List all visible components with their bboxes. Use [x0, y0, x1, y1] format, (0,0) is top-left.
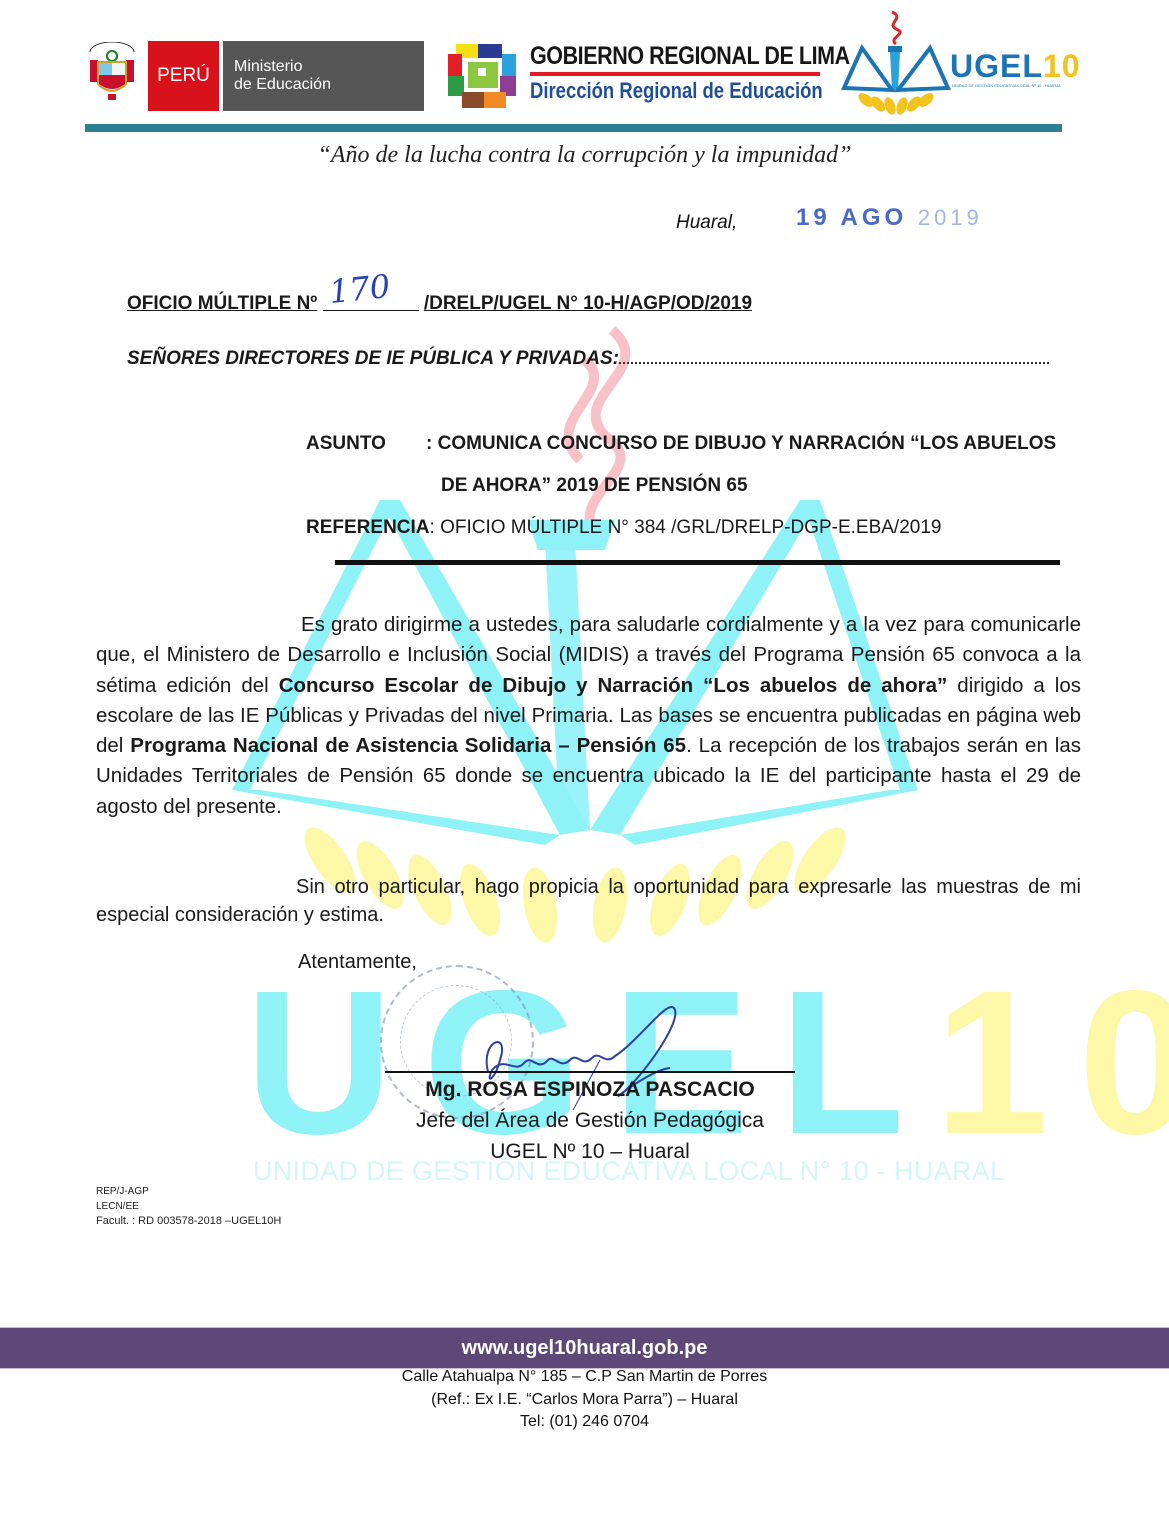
signer-name: Mg. ROSA ESPINOZA PASCACIO	[385, 1078, 795, 1102]
signer-role: Jefe del Área de Gestión Pedagógica	[360, 1109, 820, 1133]
peru-brand-box: PERÚ	[148, 41, 219, 111]
oficio-suffix: /DRELP/UGEL N° 10-H/AGP/OD/2019	[424, 293, 752, 314]
body-paragraph-2: Sin otro particular, hago propicia la op…	[96, 873, 1081, 929]
peru-coat-of-arms-icon	[86, 42, 138, 106]
ugel-tagline: UNIDAD DE GESTIÓN EDUCATIVA LOCAL Nº 10 …	[952, 83, 1061, 88]
oficio-prefix: OFICIO MÚLTIPLE Nº	[127, 293, 317, 314]
signer-organization: UGEL Nº 10 – Huaral	[360, 1140, 820, 1164]
date-stamp: 19 AGO 2019	[796, 204, 983, 232]
oficio-number-field: 170	[323, 292, 419, 311]
initials-line-3: Facult. : RD 003578-2018 –UGEL10H	[96, 1214, 281, 1229]
footer-address-line-1: Calle Atahualpa N° 185 – C.P San Martin …	[0, 1366, 1169, 1389]
regional-government-logo-icon	[448, 42, 518, 110]
letter-place: Huaral,	[676, 212, 737, 234]
initials-line-2: LECN/EE	[96, 1199, 281, 1214]
signature-line	[385, 1071, 795, 1073]
ministry-of-education-logo: Ministerio de Educación	[223, 41, 424, 111]
footer-address-line-2: (Ref.: Ex I.E. “Carlos Mora Parra”) – Hu…	[0, 1389, 1169, 1412]
initials-line-1: REP/J-AGP	[96, 1184, 281, 1199]
heading-separator	[335, 560, 1060, 565]
handwritten-number: 170	[327, 267, 392, 311]
footer-website-bar: www.ugel10huaral.gob.pe	[0, 1327, 1169, 1369]
reference-initials: REP/J-AGP LECN/EE Facult. : RD 003578-20…	[96, 1184, 281, 1229]
regional-government-title: GOBIERNO REGIONAL DE LIMA	[530, 42, 850, 71]
footer-address: Calle Atahualpa N° 185 – C.P San Martin …	[0, 1366, 1169, 1434]
ugel10-wordmark: UGEL10	[950, 48, 1080, 85]
regional-education-subtitle: Dirección Regional de Educación	[530, 78, 823, 104]
regional-title-underline	[530, 72, 820, 76]
body-paragraph-1: Es grato dirigirme a ustedes, para salud…	[96, 610, 1081, 822]
asunto-value-line-2: DE AHORA” 2019 DE PENSIÓN 65	[441, 475, 748, 497]
addressee-dots	[619, 348, 1049, 364]
asunto-value-line-1: : COMUNICA CONCURSO DE DIBUJO Y NARRACIÓ…	[426, 433, 1056, 455]
ministry-line-2: de Educación	[234, 76, 424, 94]
asunto-label: ASUNTO	[306, 433, 386, 455]
ugel-torch-book-logo-icon	[840, 8, 952, 116]
addressee-line: SEÑORES DIRECTORES DE IE PÚBLICA Y PRIVA…	[127, 348, 1049, 370]
year-motto: “Año de la lucha contra la corrupción y …	[0, 142, 1169, 169]
oficio-number-line: OFICIO MÚLTIPLE Nº 170 /DRELP/UGEL N° 10…	[127, 292, 752, 315]
ministry-line-1: Ministerio	[234, 58, 424, 76]
header-divider	[85, 124, 1062, 132]
footer-phone: Tel: (01) 246 0704	[0, 1411, 1169, 1434]
closing: Atentamente,	[298, 951, 417, 974]
referencia-line: REFERENCIA: OFICIO MÚLTIPLE N° 384 /GRL/…	[306, 517, 941, 539]
